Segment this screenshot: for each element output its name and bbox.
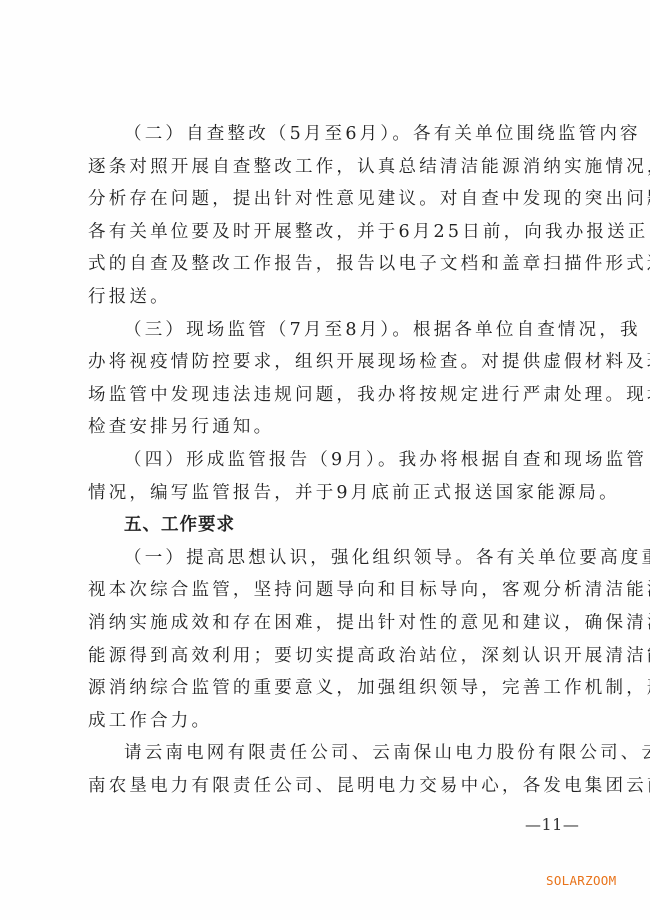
text-line: （一）提高思想认识，强化组织领导。各有关单位要高度重 <box>88 542 593 575</box>
text-line: 行报送。 <box>88 281 593 314</box>
document-body: （二）自查整改（5月至6月）。各有关单位围绕监管内容 逐条对照开展自查整改工作，… <box>88 118 593 802</box>
text-line: 逐条对照开展自查整改工作，认真总结清洁能源消纳实施情况， <box>88 151 593 184</box>
text-line: 式的自查及整改工作报告，报告以电子文档和盖章扫描件形式进 <box>88 248 593 281</box>
section-heading: 五、工作要求 <box>88 509 593 542</box>
text-line: 消纳实施成效和存在困难，提出针对性的意见和建议，确保清洁 <box>88 607 593 640</box>
watermark-logo: SOLARZOOM <box>546 873 616 888</box>
paragraph-raise-awareness: （一）提高思想认识，强化组织领导。各有关单位要高度重 视本次综合监管，坚持问题导… <box>88 542 593 738</box>
text-line: 各有关单位要及时开展整改，并于6月25日前，向我办报送正 <box>88 216 593 249</box>
paragraph-request: 请云南电网有限责任公司、云南保山电力股份有限公司、云 南农垦电力有限责任公司、昆… <box>88 737 593 802</box>
paragraph-supervision-report: （四）形成监管报告（9月）。我办将根据自查和现场监管 情况，编写监管报告，并于9… <box>88 444 593 509</box>
text-line: 请云南电网有限责任公司、云南保山电力股份有限公司、云 <box>88 737 593 770</box>
text-line: 分析存在问题，提出针对性意见建议。对自查中发现的突出问题， <box>88 183 593 216</box>
text-line: 办将视疫情防控要求，组织开展现场检查。对提供虚假材料及现 <box>88 346 593 379</box>
text-line: 源消纳综合监管的重要意义，加强组织领导，完善工作机制，形 <box>88 672 593 705</box>
document-page: （二）自查整改（5月至6月）。各有关单位围绕监管内容 逐条对照开展自查整改工作，… <box>0 0 650 920</box>
text-line: 成工作合力。 <box>88 705 593 738</box>
paragraph-onsite-supervision: （三）现场监管（7月至8月）。根据各单位自查情况，我 办将视疫情防控要求，组织开… <box>88 314 593 444</box>
page-number: —11— <box>525 815 579 834</box>
text-line: （三）现场监管（7月至8月）。根据各单位自查情况，我 <box>88 314 593 347</box>
text-line: 情况，编写监管报告，并于9月底前正式报送国家能源局。 <box>88 477 593 510</box>
text-line: （四）形成监管报告（9月）。我办将根据自查和现场监管 <box>88 444 593 477</box>
text-line: 视本次综合监管，坚持问题导向和目标导向，客观分析清洁能源 <box>88 574 593 607</box>
text-line: 检查安排另行通知。 <box>88 411 593 444</box>
text-line: （二）自查整改（5月至6月）。各有关单位围绕监管内容 <box>88 118 593 151</box>
text-line: 场监管中发现违法违规问题，我办将按规定进行严肃处理。现场 <box>88 379 593 412</box>
text-line: 能源得到高效利用；要切实提高政治站位，深刻认识开展清洁能 <box>88 640 593 673</box>
text-line: 南农垦电力有限责任公司、昆明电力交易中心，各发电集团云南 <box>88 770 593 803</box>
paragraph-self-inspection: （二）自查整改（5月至6月）。各有关单位围绕监管内容 逐条对照开展自查整改工作，… <box>88 118 593 314</box>
